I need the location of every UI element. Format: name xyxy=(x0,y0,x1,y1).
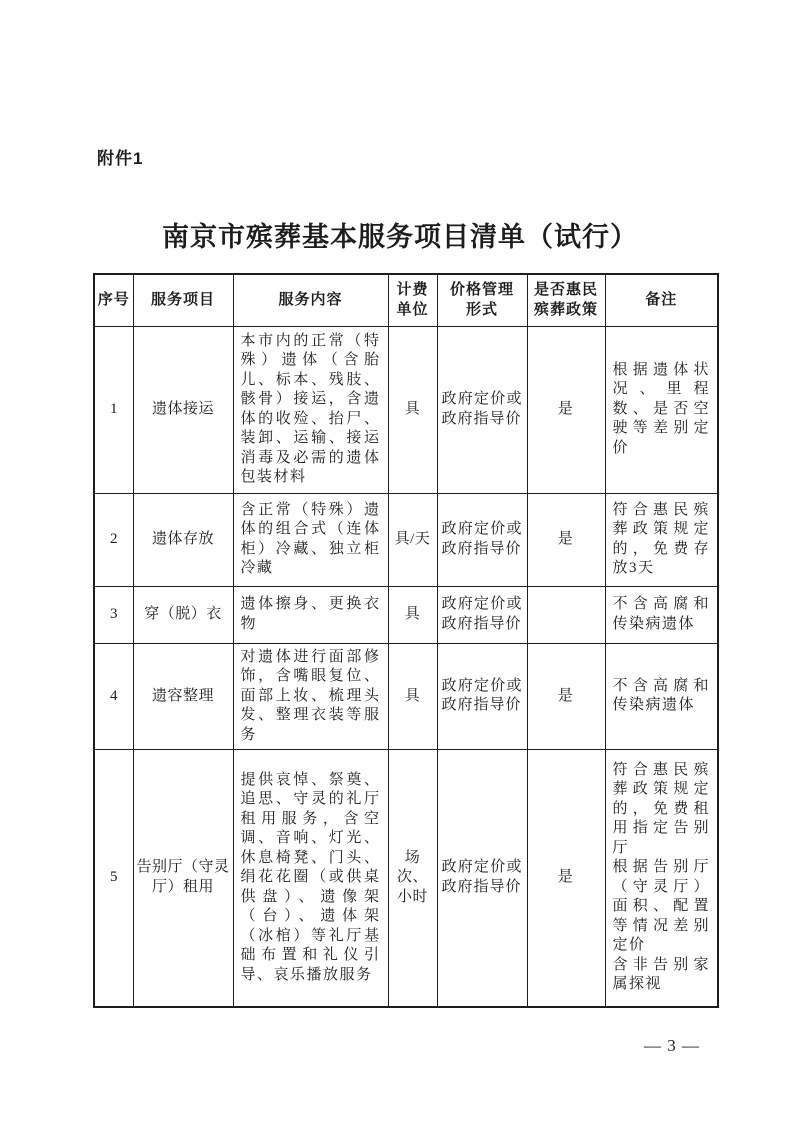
cell-benefit_policy: 是 xyxy=(527,493,605,586)
cell-remarks: 不含高腐和传染病遗体 xyxy=(605,643,718,750)
cell-item: 遗容整理 xyxy=(133,643,233,750)
cell-content: 提供哀悼、祭奠、追思、守灵的礼厅租用服务，含空调、音响、灯光、休息椅凳、门头、绢… xyxy=(233,750,388,1007)
cell-price_form: 政府定价或政府指导价 xyxy=(437,586,527,643)
cell-remarks: 根据遗体状况、里程数、是否空驶等差别定价 xyxy=(605,326,718,493)
table-row: 4遗容整理对遗体进行面部修饰，含嘴眼复位、面部上妆、梳理头发、整理衣装等服务具政… xyxy=(94,643,718,750)
cell-price_form: 政府定价或政府指导价 xyxy=(437,643,527,750)
page-number: — 3 — xyxy=(644,1036,700,1056)
table-row: 3穿（脱）衣遗体擦身、更换衣物具政府定价或政府指导价不含高腐和传染病遗体 xyxy=(94,586,718,643)
table-row: 5告别厅（守灵厅）租用提供哀悼、祭奠、追思、守灵的礼厅租用服务，含空调、音响、灯… xyxy=(94,750,718,1007)
cell-content: 遗体擦身、更换衣物 xyxy=(233,586,388,643)
cell-item: 穿（脱）衣 xyxy=(133,586,233,643)
cell-benefit_policy: 是 xyxy=(527,643,605,750)
cell-remarks: 不含高腐和传染病遗体 xyxy=(605,586,718,643)
header-benefit_policy: 是否惠民 殡葬政策 xyxy=(527,274,605,326)
cell-item: 遗体存放 xyxy=(133,493,233,586)
cell-item: 告别厅（守灵厅）租用 xyxy=(133,750,233,1007)
cell-unit: 具/天 xyxy=(388,493,437,586)
cell-content: 本市内的正常（特殊）遗体（含胎儿、标本、残肢、骸骨）接运，含遗体的收殓、抬尸、装… xyxy=(233,326,388,493)
page-title: 南京市殡葬基本服务项目清单（试行） xyxy=(0,215,800,254)
header-item: 服务项目 xyxy=(133,274,233,326)
header-no: 序号 xyxy=(94,274,133,326)
header-price_form: 价格管理 形式 xyxy=(437,274,527,326)
cell-benefit_policy: 是 xyxy=(527,750,605,1007)
cell-price_form: 政府定价或政府指导价 xyxy=(437,750,527,1007)
cell-price_form: 政府定价或政府指导价 xyxy=(437,493,527,586)
table-row: 2遗体存放含正常（特殊）遗体的组合式（连体柜）冷藏、独立柜冷藏具/天政府定价或政… xyxy=(94,493,718,586)
cell-benefit_policy: 是 xyxy=(527,326,605,493)
cell-content: 对遗体进行面部修饰，含嘴眼复位、面部上妆、梳理头发、整理衣装等服务 xyxy=(233,643,388,750)
cell-unit: 具 xyxy=(388,586,437,643)
cell-unit: 场次、 小时 xyxy=(388,750,437,1007)
table-header-row: 序号服务项目服务内容计费 单位价格管理 形式是否惠民 殡葬政策备注 xyxy=(94,274,718,326)
header-content: 服务内容 xyxy=(233,274,388,326)
cell-unit: 具 xyxy=(388,643,437,750)
cell-no: 3 xyxy=(94,586,133,643)
header-unit: 计费 单位 xyxy=(388,274,437,326)
table-row: 1遗体接运本市内的正常（特殊）遗体（含胎儿、标本、残肢、骸骨）接运，含遗体的收殓… xyxy=(94,326,718,493)
cell-unit: 具 xyxy=(388,326,437,493)
header-remarks: 备注 xyxy=(605,274,718,326)
cell-price_form: 政府定价或政府指导价 xyxy=(437,326,527,493)
cell-no: 4 xyxy=(94,643,133,750)
cell-no: 5 xyxy=(94,750,133,1007)
cell-content: 含正常（特殊）遗体的组合式（连体柜）冷藏、独立柜冷藏 xyxy=(233,493,388,586)
cell-benefit_policy xyxy=(527,586,605,643)
cell-no: 2 xyxy=(94,493,133,586)
cell-item: 遗体接运 xyxy=(133,326,233,493)
document-page: 附件1 南京市殡葬基本服务项目清单（试行） 序号服务项目服务内容计费 单位价格管… xyxy=(0,0,800,1132)
cell-remarks: 符合惠民殡葬政策规定的，免费租用指定告别厅 根据告别厅（守灵厅）面积、配置等情况… xyxy=(605,750,718,1007)
cell-remarks: 符合惠民殡葬政策规定的，免费存放3天 xyxy=(605,493,718,586)
attachment-label: 附件1 xyxy=(97,144,143,169)
service-table: 序号服务项目服务内容计费 单位价格管理 形式是否惠民 殡葬政策备注 1遗体接运本… xyxy=(93,273,719,1008)
cell-no: 1 xyxy=(94,326,133,493)
